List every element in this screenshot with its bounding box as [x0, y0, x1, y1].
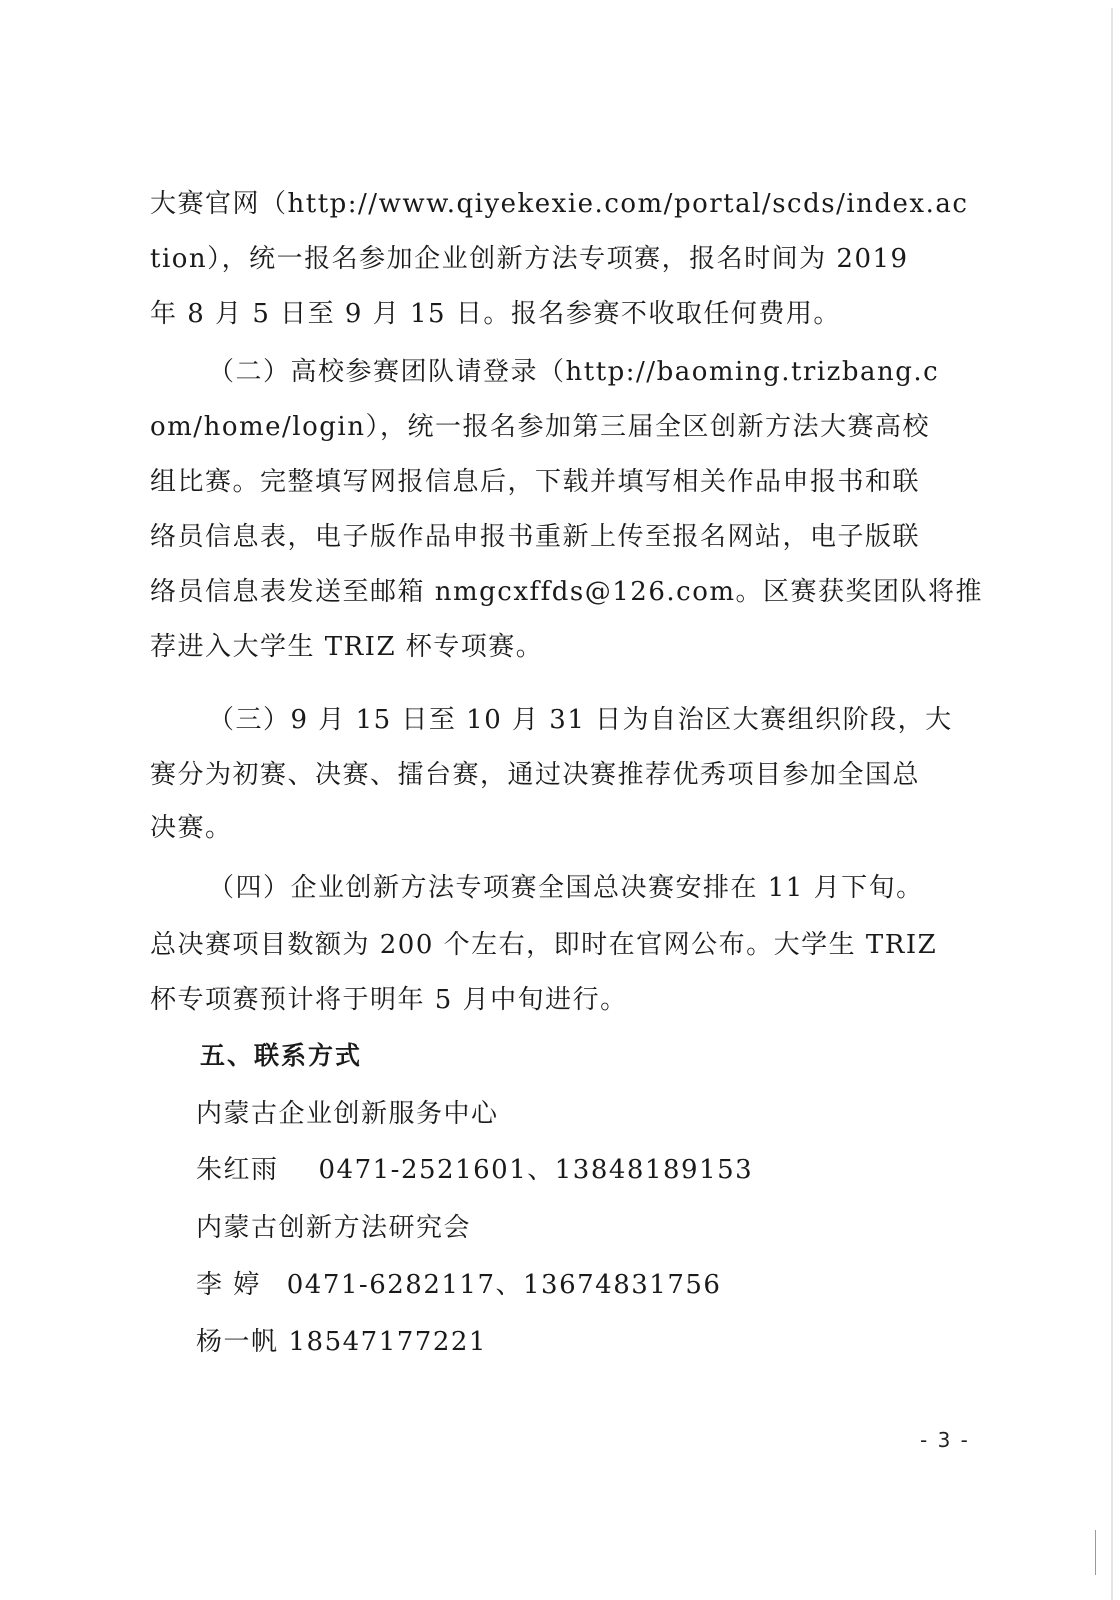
contact-phone-numbers: 0471-2521601、13848189153 [319, 1155, 754, 1185]
section-heading-contact: 五、联系方式 [200, 1036, 362, 1076]
paragraph-1-line-3: 年 8 月 5 日至 9 月 15 日。报名参赛不收取任何费用。 [150, 294, 841, 334]
paragraph-1-line-1: 大赛官网（http://www.qiyekexie.com/portal/scd… [150, 184, 968, 224]
contact-row: 朱红雨0471-2521601、13848189153 [196, 1150, 753, 1190]
page-number: - 3 - [920, 1428, 970, 1452]
paragraph-3-line-2: 赛分为初赛、决赛、擂台赛，通过决赛推荐优秀项目参加全国总 [150, 755, 920, 795]
paragraph-4-line-2: 总决赛项目数额为 200 个左右，即时在官网公布。大学生 TRIZ [150, 925, 937, 965]
scan-edge-line [1111, 8, 1113, 1600]
paragraph-1-line-2: tion），统一报名参加企业创新方法专项赛，报名时间为 2019 [150, 239, 909, 279]
scan-mark [1095, 1530, 1096, 1575]
paragraph-4-line-1: （四）企业创新方法专项赛全国总决赛安排在 11 月下旬。 [208, 868, 924, 908]
paragraph-2-line-3: 组比赛。完整填写网报信息后，下载并填写相关作品申报书和联 [150, 462, 920, 502]
contact-phone-numbers: 18547177221 [289, 1327, 487, 1357]
paragraph-2-line-2: om/home/login），统一报名参加第三届全区创新方法大赛高校 [150, 407, 930, 447]
contact-person-name: 李 婷 [196, 1270, 261, 1300]
paragraph-3-line-1: （三）9 月 15 日至 10 月 31 日为自治区大赛组织阶段，大 [208, 700, 953, 740]
paragraph-3-line-3: 决赛。 [150, 808, 233, 848]
paragraph-2-line-4: 络员信息表，电子版作品申报书重新上传至报名网站，电子版联 [150, 517, 920, 557]
contact-person-name: 杨一帆 [196, 1327, 279, 1357]
contact-row: 杨一帆18547177221 [196, 1322, 487, 1362]
contact-phone-numbers: 0471-6282117、13674831756 [287, 1270, 722, 1300]
contact-org-name: 内蒙古创新方法研究会 [196, 1208, 471, 1248]
contact-row: 李 婷0471-6282117、13674831756 [196, 1265, 721, 1305]
paragraph-2-line-1: （二）高校参赛团队请登录（http://baoming.trizbang.c [208, 352, 939, 392]
contact-org-name: 内蒙古企业创新服务中心 [196, 1094, 499, 1134]
document-page: 大赛官网（http://www.qiyekexie.com/portal/scd… [0, 0, 1120, 1600]
paragraph-4-line-3: 杯专项赛预计将于明年 5 月中旬进行。 [150, 980, 628, 1020]
contact-person-name: 朱红雨 [196, 1155, 279, 1185]
paragraph-2-line-6: 荐进入大学生 TRIZ 杯专项赛。 [150, 627, 543, 667]
paragraph-2-line-5: 络员信息表发送至邮箱 nmgcxffds@126.com。区赛获奖团队将推 [150, 572, 983, 612]
